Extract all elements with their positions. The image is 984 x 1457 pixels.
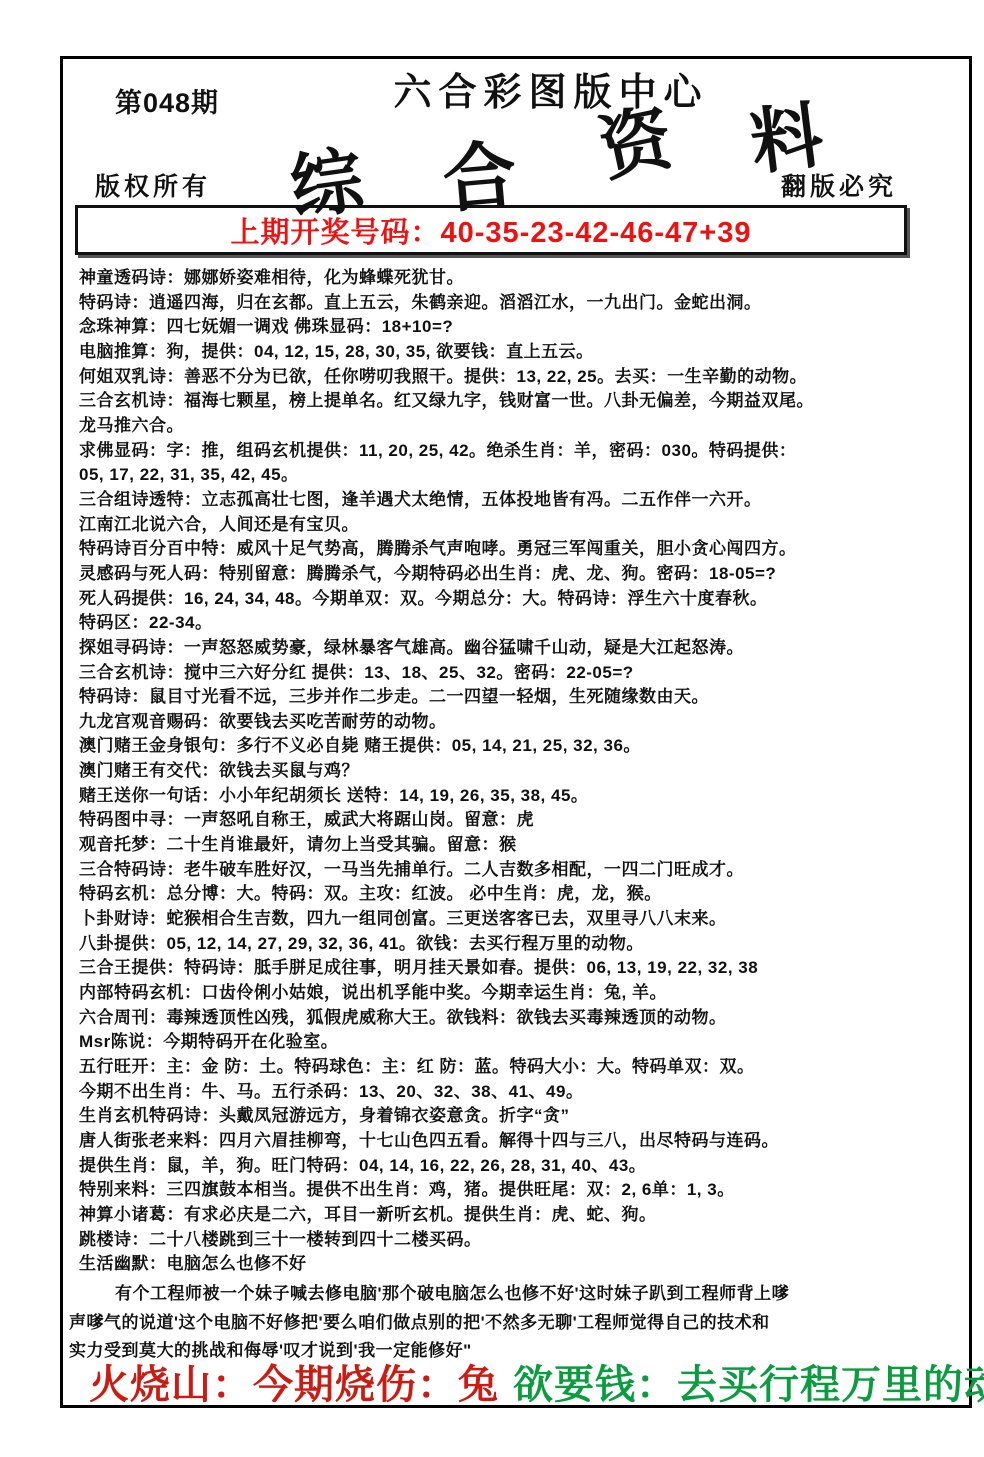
body-line: 何姐双乳诗：善恶不分为已欲，任你唠叨我照干。提供：13, 22, 25。去买：一…	[79, 365, 955, 390]
body-line: 赌王送你一句话：小小年纪胡须长 送特：14, 19, 26, 35, 38, 4…	[79, 784, 955, 809]
banner-red-text: 火烧山：今期烧伤：兔	[89, 1363, 499, 1407]
body-line: 观音托梦：二十生肖谁最奸，请勿上当受其骗。留意：猴	[79, 833, 955, 858]
body-line: 特码图中寻：一声怒吼自称王，威武大将踞山岗。留意：虎	[79, 808, 955, 833]
body-line: 卜卦财诗：蛇猴相合生吉数，四九一组同创富。三更送客客已去，双里寻八八末来。	[79, 907, 955, 932]
outer-border-frame: 第048期 六合彩图版中心 综 合 资 料 版权所有 翻版必究 上期开奖号码：4…	[60, 56, 972, 1408]
body-line: 六合周刊：毒辣透顶性凶残，狐假虎威称大王。欲钱料：欲钱去买毒辣透顶的动物。	[79, 1006, 955, 1031]
main-title-char: 资	[549, 79, 682, 204]
body-line: 江南江北说六合，人间还是有宝贝。	[79, 513, 955, 538]
body-line: 求佛显码：字：推，组码玄机提供：11, 20, 25, 42。绝杀生肖：羊，密码…	[79, 439, 955, 464]
lottery-info-sheet: 第048期 六合彩图版中心 综 合 资 料 版权所有 翻版必究 上期开奖号码：4…	[0, 0, 984, 1457]
body-line: 龙马推六合。	[79, 414, 955, 439]
bottom-banner: 火烧山：今期烧伤：兔欲要钱：去买行程万里的动物	[89, 1353, 959, 1410]
body-line: 特码诗百分百中特：威风十足气势高，腾腾杀气声咆哮。勇冠三军闯重关，胆小贪心闯四方…	[79, 537, 955, 562]
body-line: 八卦提供：05, 12, 14, 27, 29, 32, 36, 41。欲钱：去…	[79, 932, 955, 957]
body-line: 灵感码与死人码：特别留意：腾腾杀气，今期特码必出生肖：虎、龙、狗。密码：18-0…	[79, 562, 955, 587]
body-line: 特码诗：逍遥四海，归在玄都。直上五云，朱鹤亲迎。滔滔江水，一九出门。金蛇出洞。	[79, 291, 955, 316]
body-line: 生肖玄机特码诗：头戴凤冠游远方，身着锦衣姿意贪。折字“贪”	[79, 1104, 955, 1129]
banner-green-text: 欲要钱：去买行程万里的动物	[513, 1363, 984, 1407]
body-line: 唐人街张老来料：四月六眉挂柳弯，十七山色四五看。解得十四与三八，出尽特码与连码。	[79, 1129, 955, 1154]
body-line: 死人码提供：16, 24, 34, 48。今期单双：双。今期总分：大。特码诗：浮…	[79, 587, 955, 612]
body-line: 特码诗：鼠目寸光看不远，三步并作二步走。二一四望一轻烟，生死随缘数由天。	[79, 685, 955, 710]
last-draw-numbers: 上期开奖号码：40-35-23-42-46-47+39	[230, 210, 751, 251]
body-line: 提供生肖：鼠，羊，狗。旺门特码：04, 14, 16, 22, 26, 28, …	[79, 1154, 955, 1179]
joke-line: 有个工程师被一个妹子喊去修电脑'那个破电脑怎么也修不好'这时妹子趴到工程师背上嗲	[69, 1280, 961, 1309]
body-line: Msr陈说：今期特码开在化验室。	[79, 1030, 955, 1055]
body-line: 三合玄机诗：搅中三六好分红 提供：13、18、25、32。密码：22-05=?	[79, 661, 955, 686]
body-line: 神童透码诗：娜娜娇姿难相待，化为蜂蝶死犹甘。	[79, 266, 955, 291]
body-line: 三合组诗透特：立志孤高壮七图，逢羊遇犬太绝情，五体投地皆有冯。二五作伴一六开。	[79, 488, 955, 513]
body-line: 三合特码诗：老牛破车胜好汉，一马当先捕单行。二人吉数多相配，一四二门旺成才。	[79, 858, 955, 883]
body-line: 特码玄机：总分博：大。特码：双。主攻：红波。 必中生肖：虎，龙，猴。	[79, 882, 955, 907]
tips-text-block: 神童透码诗：娜娜娇姿难相待，化为蜂蝶死犹甘。特码诗：逍遥四海，归在玄都。直上五云…	[79, 266, 955, 1277]
last-draw-box: 上期开奖号码：40-35-23-42-46-47+39	[75, 205, 907, 255]
copyright-left: 版权所有	[95, 167, 211, 203]
body-line: 内部特码玄机：口齿伶俐小姑娘，说出机孚能中奖。今期幸运生肖：兔, 羊。	[79, 981, 955, 1006]
body-line: 九龙宫观音赐码：欲要钱去买吃苦耐劳的动物。	[79, 710, 955, 735]
body-line: 特码区：22-34。	[79, 611, 955, 636]
body-line: 澳门赌王有交代：欲钱去买鼠与鸡？	[79, 759, 955, 784]
body-line: 三合王提供：特码诗：胝手胼足成往事，明月挂天景如春。提供：06, 13, 19,…	[79, 956, 955, 981]
joke-line: 声嗲气的说道'这个电脑不好修把'要么咱们做点别的把'不然多无聊'工程师觉得自己的…	[69, 1309, 961, 1338]
body-line: 特别来料：三四旗鼓本相当。提供不出生肖：鸡，猪。提供旺尾：双：2, 6单：1, …	[79, 1178, 955, 1203]
body-line: 电脑推算：狗，提供：04, 12, 15, 28, 30, 35, 欲要钱：直上…	[79, 340, 955, 365]
body-line: 神算小诸葛：有求必庆是二六，耳目一新听玄机。提供生肖：虎、蛇、狗。	[79, 1203, 955, 1228]
body-line: 探姐寻码诗：一声怒怒威势豪，绿林暴客气雄高。幽谷猛啸千山动，疑是大江起怒涛。	[79, 636, 955, 661]
body-line: 05, 17, 22, 31, 35, 42, 45。	[79, 463, 955, 488]
body-line: 念珠神算：四七妩媚一调戏 佛珠显码：18+10=?	[79, 315, 955, 340]
copyright-right: 翻版必究	[781, 167, 897, 203]
body-line: 三合玄机诗：福海七颗星，榜上提单名。红又绿九字，钱财富一世。八卦无偏差，今期益双…	[79, 389, 955, 414]
body-line: 跳楼诗：二十八楼跳到三十一楼转到四十二楼买码。	[79, 1228, 955, 1253]
body-line: 生活幽默：电脑怎么也修不好	[79, 1252, 955, 1277]
body-line: 五行旺开：主：金 防：土。特码球色：主：红 防：蓝。特码大小：大。特码单双：双。	[79, 1055, 955, 1080]
body-line: 今期不出生肖：牛、马。五行杀码：13、20、32、38、41、49。	[79, 1080, 955, 1105]
body-line: 澳门赌王金身银句：多行不义必自毙 赌王提供：05, 14, 21, 25, 32…	[79, 734, 955, 759]
